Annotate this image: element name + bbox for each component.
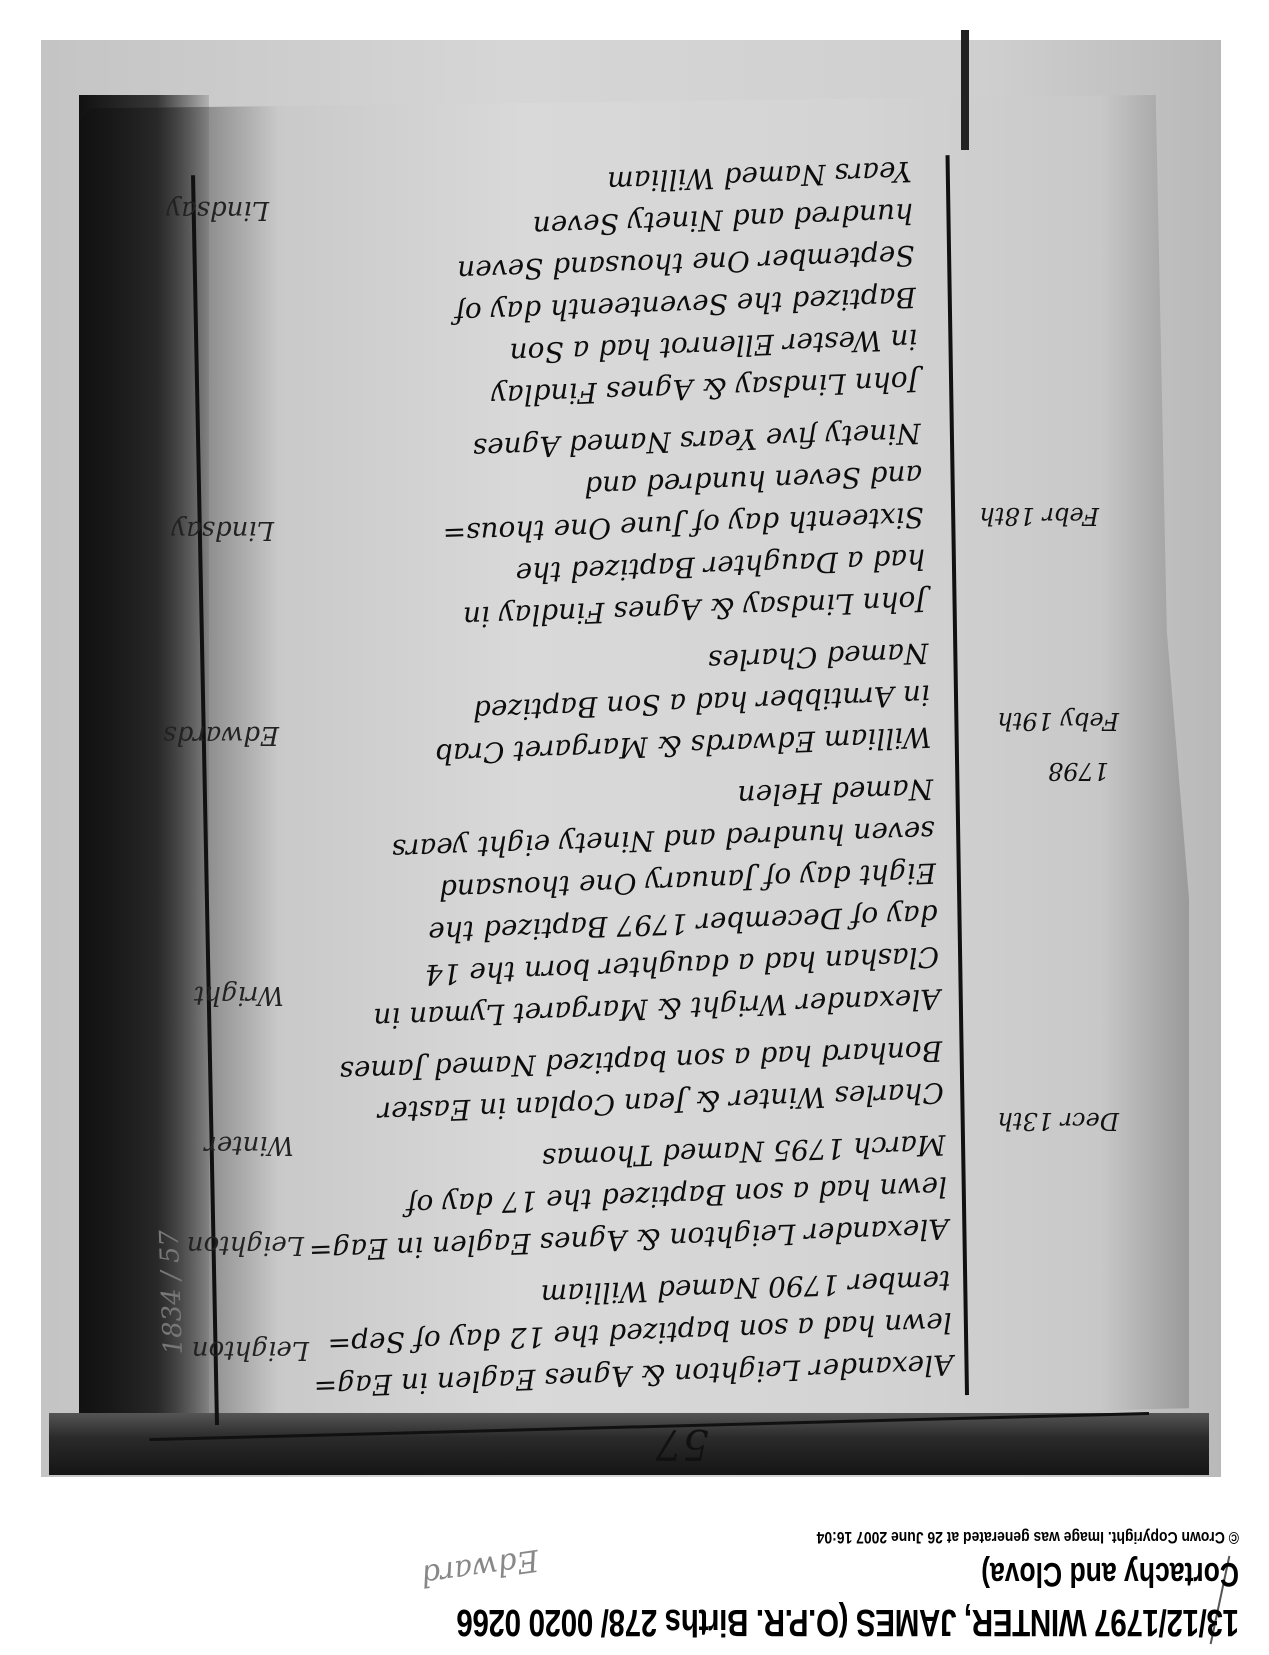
entry-edwards-charles: William Edwards & Margaret Crab in Arnti… [208, 631, 932, 782]
register-entries: Alexander Leighton & Agnes Eaglen in Eag… [191, 140, 954, 1410]
parish-name: Cortachy and Clova) [981, 1554, 1239, 1593]
archive-pencil-mark: 1834 / 57 [155, 1229, 189, 1355]
bottom-dark-band [49, 1413, 1209, 1475]
entry-lindsay-agnes: John Lindsay & Agnes Findlay in had a Da… [200, 412, 927, 647]
margin-date-febr-18: Febr 18th [979, 502, 1099, 530]
margin-date-feby-19: Feby 19th [997, 707, 1119, 735]
entry-wright-helen: Alexander Wright & Margaret Lyman in Cla… [213, 767, 941, 1044]
record-title: 13/12/1797 WINTER, JAMES (O.P.R. Births … [457, 1600, 1239, 1643]
entry-leighton-thomas: Alexander Leighton & Agnes Eaglen in Eag… [225, 1123, 949, 1274]
page-number: 57 [656, 1420, 709, 1469]
binding-tab [961, 30, 969, 150]
scanned-register-page: 13/12/1797 WINTER, JAMES (O.P.R. Births … [0, 0, 1269, 1655]
margin-year-1798: 1798 [1048, 757, 1109, 785]
copyright-notice: © Crown Copyright. Image was generated a… [817, 1527, 1239, 1547]
pencil-annotation: Edward [419, 1542, 541, 1593]
entry-lindsay-william: John Lindsay & Agnes Findlay in Wester E… [191, 150, 919, 427]
entry-winter-james: Charles Winter & Jean Coplan in Easter B… [222, 1029, 944, 1138]
entry-leighton-william: Alexander Leighton & Agnes Eaglen in Eag… [230, 1259, 954, 1410]
margin-date-decr-13: Decr 13th [997, 1107, 1119, 1135]
